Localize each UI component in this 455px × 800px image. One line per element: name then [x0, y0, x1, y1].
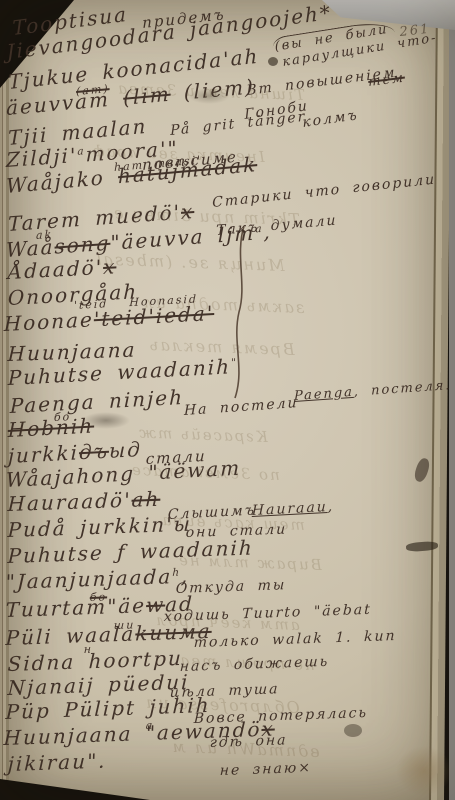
handwritten-line: а: [146, 720, 155, 731]
table-surface-right: [449, 0, 455, 800]
handwritten-text: Hauraadö': [7, 488, 132, 516]
bleed-through-line: Кграсвйь тж: [137, 425, 268, 445]
handwritten-text: ak: [36, 228, 53, 242]
photo-of-manuscript-page: Тішна лет и ЗетваІнечтка зви лрафТkrim п…: [0, 0, 455, 800]
handwritten-line: гдѣ она: [210, 733, 288, 750]
handwritten-text: дъ: [79, 439, 109, 465]
handwritten-text: a: [77, 145, 85, 158]
handwritten-text: а: [146, 719, 155, 732]
handwritten-line: бо: [90, 591, 108, 603]
handwritten-text: н: [84, 643, 94, 656]
handwritten-text: х: [103, 254, 117, 279]
handwritten-line: (am): [76, 83, 110, 97]
handwritten-text: ": [231, 357, 238, 369]
handwritten-line: jikirau".: [7, 751, 107, 774]
handwritten-line: бо: [54, 411, 72, 423]
handwritten-line: не знаю⨯: [220, 761, 313, 778]
handwritten-text: ши: [114, 618, 136, 632]
handwritten-line: Hauraadö'ah: [7, 489, 160, 514]
handwritten-text: ah: [131, 487, 161, 512]
handwritten-line: н: [84, 644, 94, 655]
handwritten-text: ⨯: [298, 760, 312, 777]
handwritten-text: Hobnih: [8, 413, 95, 442]
handwritten-text: h: [216, 354, 231, 379]
handwritten-text: а: [255, 223, 263, 236]
handwritten-line: "Jaanjunjaadah,: [5, 566, 189, 592]
handwritten-text: х: [181, 199, 194, 224]
handwritten-line: Hobnih: [8, 415, 95, 440]
handwritten-text: гдѣ она: [209, 732, 287, 751]
handwritten-line: Ådaadö'х: [8, 256, 117, 282]
handwritten-line: ши: [114, 619, 136, 631]
handwritten-text: ,: [328, 499, 335, 515]
handwritten-line: ak: [36, 229, 53, 241]
handwritten-text: jikirau".: [7, 749, 107, 777]
page-number: 261: [399, 23, 431, 39]
handwritten-text: бо: [54, 410, 72, 424]
handwritten-text: бо: [90, 590, 108, 604]
handwritten-text: w: [146, 592, 166, 617]
handwritten-text: ,: [264, 219, 272, 244]
handwritten-line: Pudå jurkkin'ы: [7, 514, 192, 540]
handwritten-line: Hauraau,: [252, 500, 335, 518]
handwritten-text: (lim: [123, 82, 171, 110]
handwritten-text: ыд: [109, 437, 142, 463]
handwritten-text: не знаю: [219, 760, 298, 779]
handwritten-text: Ådaadö': [8, 255, 104, 284]
